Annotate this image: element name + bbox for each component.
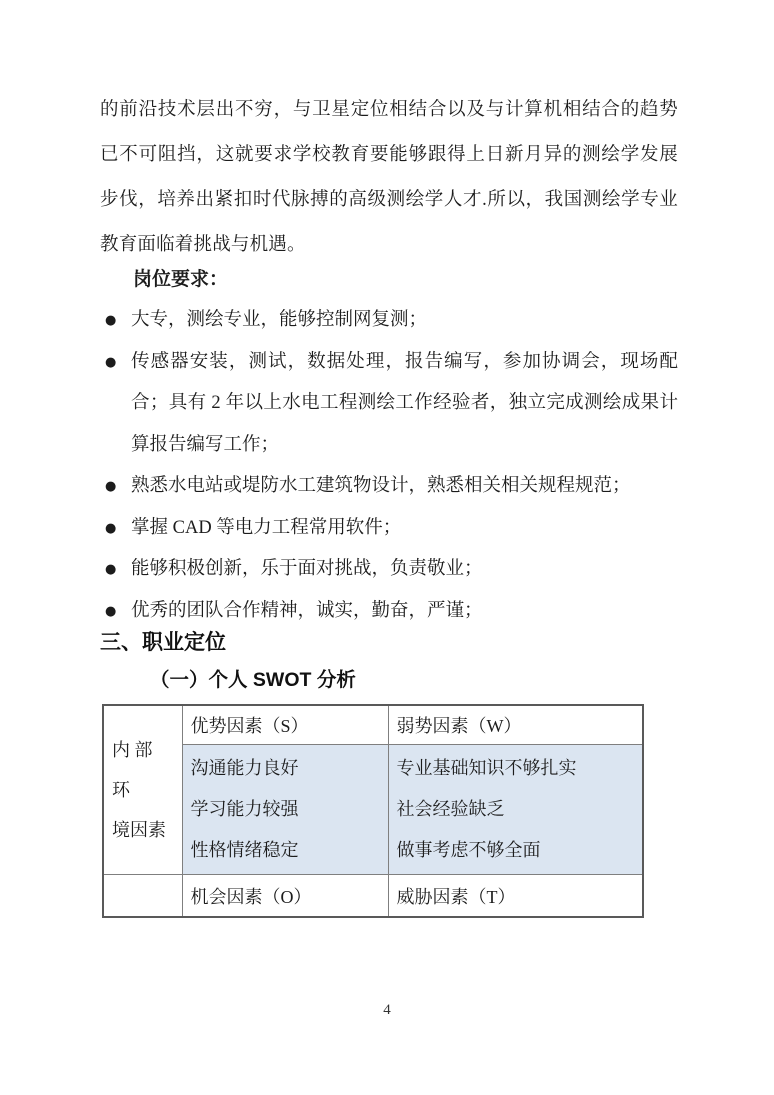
page-number: 4	[0, 1002, 774, 1019]
weakness-item: 做事考虑不够全面	[397, 830, 635, 871]
swot-weaknesses-cell: 专业基础知识不够扎实 社会经验缺乏 做事考虑不够全面	[388, 745, 643, 875]
subsection-heading: （一）个人 SWOT 分析	[150, 664, 678, 696]
weakness-item: 专业基础知识不够扎实	[397, 748, 635, 789]
list-item-text: 能够积极创新，乐于面对挑战，负责敬业；	[131, 549, 678, 591]
list-item-text: 熟悉水电站或堤防水工建筑物设计，熟悉相关相关规程规范；	[131, 466, 678, 508]
bullet-icon: ●	[105, 300, 131, 342]
swot-header-row: 内 部 环 境因素 优势因素（S） 弱势因素（W）	[103, 705, 643, 745]
page-content: 的前沿技术层出不穷，与卫星定位相结合以及与计算机相结合的趋势已不可阻挡，这就要求…	[0, 0, 774, 918]
strength-item: 性格情绪稳定	[191, 830, 380, 871]
bullet-icon: ●	[105, 342, 131, 467]
swot-table: 内 部 环 境因素 优势因素（S） 弱势因素（W） 沟通能力良好 学习能力较强 …	[102, 704, 644, 918]
weakness-item: 社会经验缺乏	[397, 789, 635, 830]
swot-opportunities-header-cell: 机会因素（O）	[182, 875, 388, 918]
list-item-text: 大专，测绘专业，能够控制网复测；	[131, 300, 678, 342]
strength-item: 沟通能力良好	[191, 748, 380, 789]
list-item: ● 传感器安装，测试，数据处理，报告编写，参加协调会，现场配合；具有 2 年以上…	[105, 342, 678, 467]
list-item-text: 传感器安装，测试，数据处理，报告编写，参加协调会，现场配合；具有 2 年以上水电…	[131, 342, 678, 467]
bullet-icon: ●	[105, 508, 131, 550]
swot-strengths-cell: 沟通能力良好 学习能力较强 性格情绪稳定	[182, 745, 388, 875]
document-page: 的前沿技术层出不穷，与卫星定位相结合以及与计算机相结合的趋势已不可阻挡，这就要求…	[0, 0, 774, 1095]
list-item: ● 掌握 CAD 等电力工程常用软件；	[105, 508, 678, 550]
list-item-text: 掌握 CAD 等电力工程常用软件；	[131, 508, 678, 550]
job-requirements-list: ● 大专，测绘专业，能够控制网复测； ● 传感器安装，测试，数据处理，报告编写，…	[100, 300, 678, 632]
swot-content-row: 沟通能力良好 学习能力较强 性格情绪稳定 专业基础知识不够扎实 社会经验缺乏 做…	[103, 745, 643, 875]
list-item: ● 大专，测绘专业，能够控制网复测；	[105, 300, 678, 342]
job-requirements-heading: 岗位要求：	[133, 260, 678, 300]
swot-threats-header-cell: 威胁因素（T）	[388, 875, 643, 918]
strength-item: 学习能力较强	[191, 789, 380, 830]
swot-weaknesses-header-cell: 弱势因素（W）	[388, 705, 643, 745]
intro-paragraph: 的前沿技术层出不穷，与卫星定位相结合以及与计算机相结合的趋势已不可阻挡，这就要求…	[100, 88, 678, 268]
bullet-icon: ●	[105, 549, 131, 591]
bullet-icon: ●	[105, 466, 131, 508]
swot-internal-label-cell: 内 部 环 境因素	[103, 705, 182, 875]
swot-footer-row: 机会因素（O） 威胁因素（T）	[103, 875, 643, 918]
swot-empty-cell	[103, 875, 182, 918]
list-item: ● 熟悉水电站或堤防水工建筑物设计，熟悉相关相关规程规范；	[105, 466, 678, 508]
list-item: ● 能够积极创新，乐于面对挑战，负责敬业；	[105, 549, 678, 591]
swot-strengths-header-cell: 优势因素（S）	[182, 705, 388, 745]
